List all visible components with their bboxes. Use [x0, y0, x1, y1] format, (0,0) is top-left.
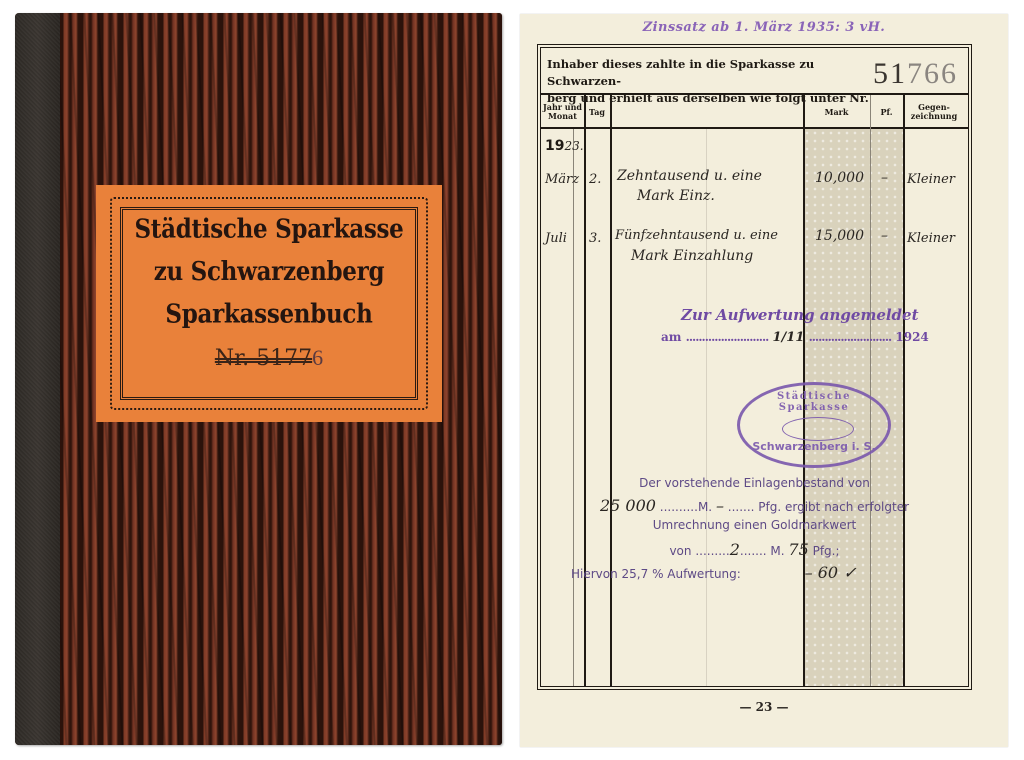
passbook-cover: Städtische Sparkasse zu Schwarzenberg Sp…: [15, 13, 502, 745]
cover-title: Städtische Sparkasse zu Schwarzenberg Sp…: [96, 208, 442, 336]
cover-account-number: Nr. 51776: [96, 345, 442, 371]
oval-stamp-bottom-text: Schwarzenberg i. S.: [740, 440, 888, 453]
cover-title-line-2: zu Schwarzenberg: [96, 251, 442, 294]
revaluation-stamp: Zur Aufwertung angemeldet: [681, 306, 919, 324]
cover-title-line-1: Städtische Sparkasse: [96, 208, 442, 251]
entry-1-day: 2.: [589, 172, 601, 187]
conversion-amount-mark: 25 000: [600, 496, 656, 515]
entry-1-text-line-1: Zehntausend u. eine: [617, 168, 762, 184]
cover-number-stamped: 6: [312, 345, 323, 370]
revaluation-am-label: am: [661, 330, 681, 344]
col-header-pf: Pf.: [870, 97, 903, 127]
entry-2-day: 3.: [589, 231, 601, 246]
conversion-line-2-rest: Pfg. ergibt nach erfolgter: [758, 500, 909, 514]
cover-number-printed: Nr. 5177: [215, 346, 312, 371]
entry-2-mark: 15,000: [815, 228, 864, 244]
year-handwritten: 23.: [564, 139, 583, 153]
col-header-tag: Tag: [584, 97, 610, 127]
cover-title-line-3: Sparkassenbuch: [96, 293, 442, 336]
aufwertung-label: Hiervon 25,7 % Aufwertung:: [571, 567, 741, 581]
account-number-faint: 766: [907, 57, 958, 90]
ledger-account-number: 51766: [873, 57, 958, 91]
conversion-line-1: Der vorstehende Einlagenbestand von: [541, 476, 968, 490]
page-number: — 23 —: [520, 700, 1008, 714]
revaluation-date-line: am .......................... 1/11 .....…: [661, 330, 929, 345]
entry-1-pf: –: [881, 170, 888, 186]
von-label: von: [669, 544, 691, 558]
entry-2-signature: Kleiner: [907, 231, 955, 246]
conversion-line-5: Hiervon 25,7 % Aufwertung: – 60 ✓: [571, 563, 968, 582]
conversion-line-3: Umrechnung einen Goldmarkwert: [541, 518, 968, 532]
column-divider: [903, 95, 905, 686]
conversion-line-2: 25 000 ..........M. – ....... Pfg. ergib…: [541, 496, 968, 515]
revaluation-date: 1/11: [772, 330, 804, 345]
mark-abbr: M.: [770, 544, 784, 558]
oval-stamp-top-text: Städtische Sparkasse: [740, 391, 888, 413]
conversion-line-4: von .........2....... M. 75 Pfg.;: [541, 540, 968, 559]
column-divider: [584, 95, 586, 686]
cover-label: Städtische Sparkasse zu Schwarzenberg Sp…: [96, 185, 442, 422]
entry-1-month: März: [545, 172, 579, 187]
bank-oval-stamp: Städtische Sparkasse Schwarzenberg i. S.: [737, 382, 891, 468]
mark-abbr: M.: [698, 500, 712, 514]
gold-pf-value: 75: [788, 540, 808, 559]
entry-2-text-line-2: Mark Einzahlung: [631, 248, 753, 264]
column-divider: [706, 129, 707, 686]
pfg-label: Pfg.;: [813, 544, 840, 558]
column-divider: [610, 95, 612, 686]
col-header-gegenzeichnung: Gegen- zeichnung: [903, 97, 965, 127]
revaluation-year: 1924: [895, 330, 928, 344]
column-divider: [573, 129, 574, 686]
aufwertung-value: – 60 ✓: [805, 563, 857, 582]
entry-1-text-line-2: Mark Einz.: [637, 188, 715, 204]
interest-rate-stamp: Zinssatz ab 1. März 1935: 3 vH.: [520, 20, 1008, 35]
entry-2-text-line-1: Fünfzehntausend u. eine: [615, 228, 778, 243]
ledger-year: 1923.: [545, 138, 584, 154]
year-printed: 19: [545, 138, 564, 154]
conversion-amount-pf: –: [716, 496, 724, 515]
passbook-page: Zinssatz ab 1. März 1935: 3 vH. Inhaber …: [520, 14, 1008, 747]
account-number-dark: 51: [873, 57, 907, 90]
ledger-table: Inhaber dieses zahlte in die Sparkasse z…: [537, 44, 972, 690]
ledger-header-line-1: Inhaber dieses zahlte in die Sparkasse z…: [547, 56, 887, 90]
oval-stamp-inner-ring: [782, 417, 854, 441]
col-header-mark: Mark: [803, 97, 870, 127]
col-header-jahr-monat: Jahr und Monat: [541, 97, 584, 127]
cover-spine: [15, 13, 60, 745]
entry-1-mark: 10,000: [815, 170, 864, 186]
entry-2-pf: –: [881, 228, 888, 244]
gold-mark-value: 2: [730, 540, 740, 559]
entry-2-month: Juli: [545, 231, 567, 246]
entry-1-signature: Kleiner: [907, 172, 955, 187]
